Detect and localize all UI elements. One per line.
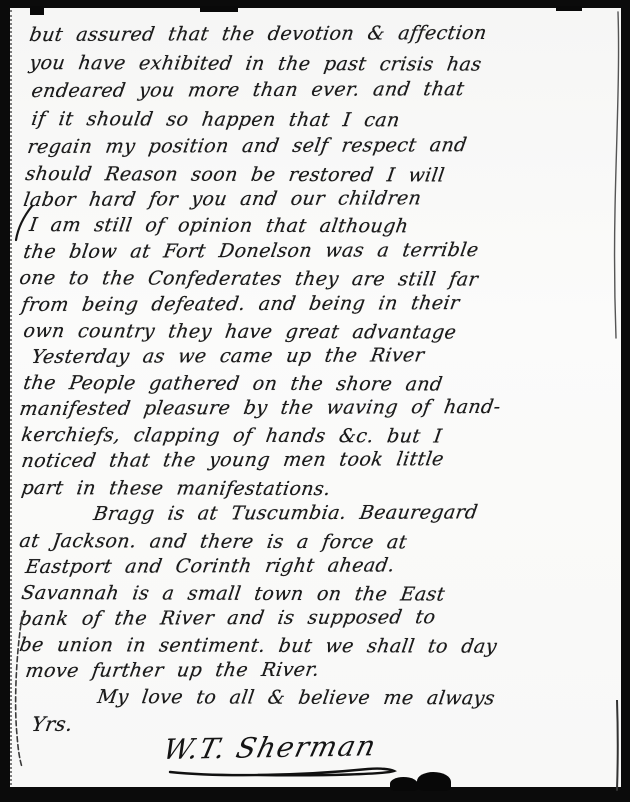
letter-line: be union in sentiment. but we shall to d…	[18, 634, 498, 658]
letter-line: own country they have great advantage	[22, 320, 458, 344]
letter-line: Savannah is a small town on the East	[20, 582, 446, 605]
letter-line: I am still of opinion that although	[28, 214, 410, 237]
letter-line: labor hard for you and our children	[22, 187, 423, 211]
letter-line: you have exhibited in the past crisis ha…	[28, 52, 483, 76]
letter-line: bank of the River and is supposed to	[18, 606, 437, 630]
paper-edge-shadow-bottom-right	[612, 700, 622, 792]
letter-closing: Yrs.	[30, 712, 75, 736]
letter-line: from being defeated. and being in their	[20, 292, 461, 316]
scan-edge-nick	[30, 6, 44, 15]
letter-line: the blow at Fort Donelson was a terrible	[22, 239, 480, 263]
ink-blot	[390, 777, 418, 791]
letter-line: the People gathered on the shore and	[22, 372, 444, 395]
letter-line: should Reason soon be restored I will	[24, 163, 446, 186]
signature-flourish	[168, 762, 398, 778]
letter-line: noticed that the young men took little	[20, 448, 446, 472]
scan-edge-nick	[556, 6, 582, 11]
ink-blot	[417, 772, 451, 791]
signature: W.T. Sherman	[160, 729, 380, 766]
letter-line: endeared you more than ever. and that	[30, 78, 466, 102]
stray-pen-stroke	[12, 204, 36, 242]
letter-line: manifested pleasure by the waving of han…	[18, 396, 502, 420]
letter-line: Bragg is at Tuscumbia. Beauregard	[92, 501, 479, 525]
letter-line: but assured that the devotion & affectio…	[28, 22, 488, 46]
letter-line: My love to all & believe me always	[96, 686, 497, 709]
letter-line: at Jackson. and there is a force at	[18, 530, 409, 553]
paper-crease-mark	[10, 615, 28, 770]
paper-edge-shadow-top-right	[608, 10, 622, 340]
letter-line: Yesterday as we came up the River	[30, 344, 426, 368]
letter-line: one to the Confederates they are still f…	[18, 267, 480, 291]
letter-line: regain my position and self respect and	[26, 134, 469, 158]
letter-line: kerchiefs, clapping of hands &c. but I	[20, 424, 443, 447]
scanned-letter-page: but assured that the devotion & affectio…	[0, 0, 630, 802]
letter-line: part in these manifestations.	[20, 477, 332, 500]
letter-line: move further up the River.	[24, 659, 321, 682]
scan-edge-nick	[200, 6, 238, 12]
letter-line: Eastport and Corinth right ahead.	[24, 554, 396, 578]
letter-line: if it should so happen that I can	[30, 108, 401, 131]
